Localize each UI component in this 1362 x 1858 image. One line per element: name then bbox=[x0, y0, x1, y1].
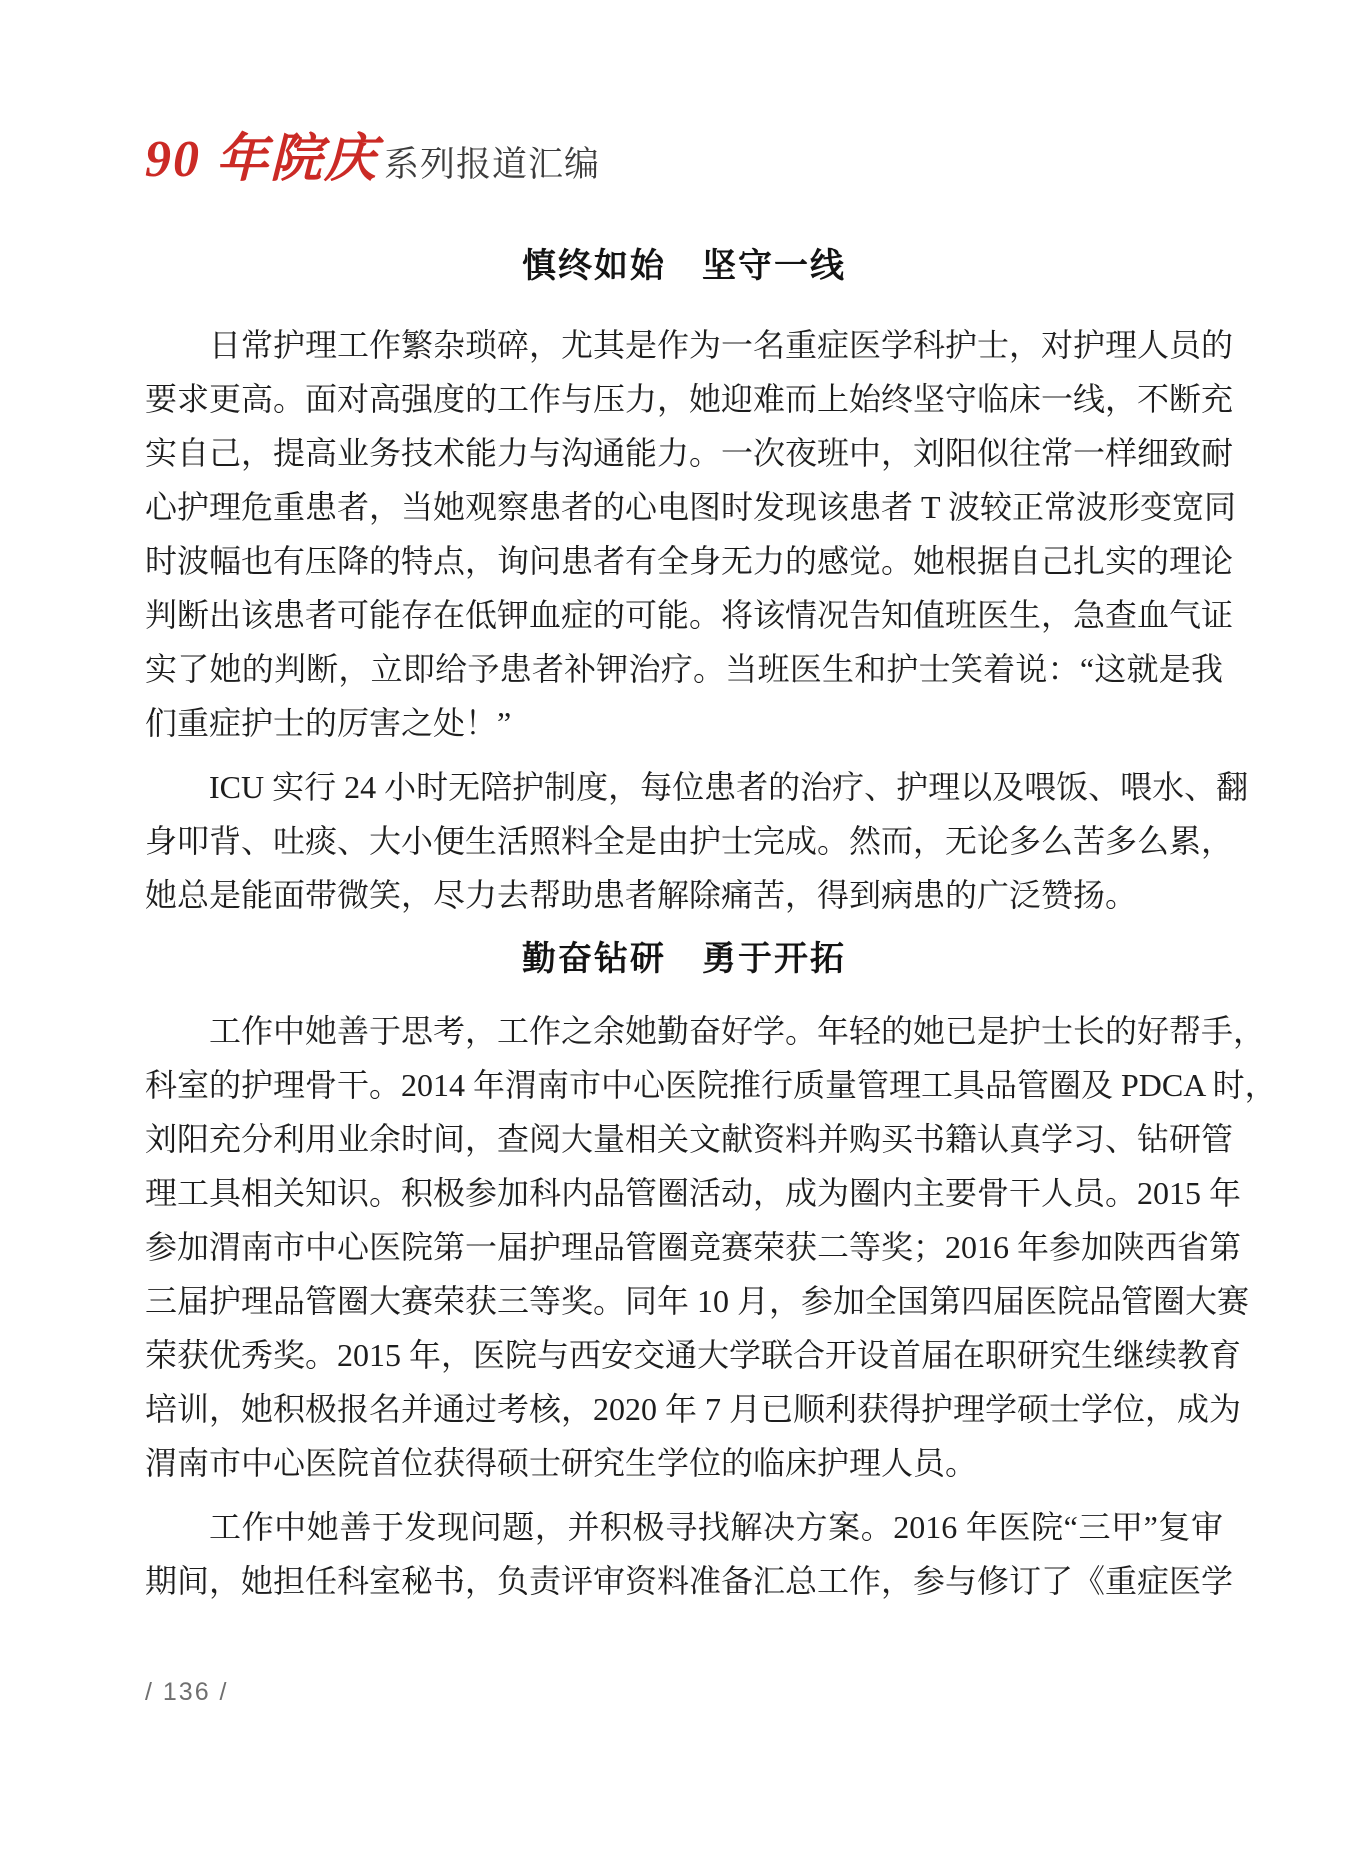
text-line: 参加渭南市中心医院第一届护理品管圈竞赛荣获二等奖；2016 年参加陕西省第 bbox=[145, 1220, 1223, 1274]
paragraph: 日常护理工作繁杂琐碎，尤其是作为一名重症医学科护士，对护理人员的要求更高。面对高… bbox=[145, 318, 1223, 750]
page-number: / 136 / bbox=[145, 1678, 229, 1706]
section-heading: 勤奋钻研 勇于开拓 bbox=[145, 933, 1223, 987]
paragraph: 工作中她善于思考，工作之余她勤奋好学。年轻的她已是护士长的好帮手，科室的护理骨干… bbox=[145, 1004, 1223, 1490]
text-line: 她总是能面带微笑，尽力去帮助患者解除痛苦，得到病患的广泛赞扬。 bbox=[145, 868, 1223, 922]
text-line: 科室的护理骨干。2014 年渭南市中心医院推行质量管理工具品管圈及 PDCA 时… bbox=[145, 1058, 1223, 1112]
text-line: 们重症护士的厉害之处！” bbox=[145, 696, 1223, 750]
text-line: ICU 实行 24 小时无陪护制度，每位患者的治疗、护理以及喂饭、喂水、翻 bbox=[145, 760, 1223, 814]
text-line: 培训，她积极报名并通过考核，2020 年 7 月已顺利获得护理学硕士学位，成为 bbox=[145, 1382, 1223, 1436]
text-line: 判断出该患者可能存在低钾血症的可能。将该情况告知值班医生，急查血气证 bbox=[145, 588, 1223, 642]
brand-anniversary-logo: 90 年院庆 bbox=[145, 130, 378, 190]
text-line: 工作中她善于发现问题，并积极寻找解决方案。2016 年医院“三甲”复审 bbox=[145, 1500, 1223, 1554]
paragraph: ICU 实行 24 小时无陪护制度，每位患者的治疗、护理以及喂饭、喂水、翻身叩背… bbox=[145, 760, 1223, 922]
text-line: 日常护理工作繁杂琐碎，尤其是作为一名重症医学科护士，对护理人员的 bbox=[145, 318, 1223, 372]
page-header: 90 年院庆 系列报道汇编 bbox=[145, 130, 600, 190]
brand-series-title: 系列报道汇编 bbox=[384, 137, 600, 187]
document-body: 慎终如始 坚守一线日常护理工作繁杂琐碎，尤其是作为一名重症医学科护士，对护理人员… bbox=[145, 240, 1223, 1608]
text-line: 身叩背、吐痰、大小便生活照料全是由护士完成。然而，无论多么苦多么累， bbox=[145, 814, 1223, 868]
text-line: 要求更高。面对高强度的工作与压力，她迎难而上始终坚守临床一线，不断充 bbox=[145, 372, 1223, 426]
text-line: 理工具相关知识。积极参加科内品管圈活动，成为圈内主要骨干人员。2015 年 bbox=[145, 1166, 1223, 1220]
document-page: 90 年院庆 系列报道汇编 慎终如始 坚守一线日常护理工作繁杂琐碎，尤其是作为一… bbox=[0, 0, 1362, 1858]
text-line: 三届护理品管圈大赛荣获三等奖。同年 10 月，参加全国第四届医院品管圈大赛 bbox=[145, 1274, 1223, 1328]
section-heading: 慎终如始 坚守一线 bbox=[145, 240, 1223, 294]
text-line: 实了她的判断，立即给予患者补钾治疗。当班医生和护士笑着说：“这就是我 bbox=[145, 642, 1223, 696]
text-line: 心护理危重患者，当她观察患者的心电图时发现该患者 T 波较正常波形变宽同 bbox=[145, 480, 1223, 534]
page-footer: / 136 / bbox=[145, 1678, 229, 1707]
text-line: 时波幅也有压降的特点，询问患者有全身无力的感觉。她根据自己扎实的理论 bbox=[145, 534, 1223, 588]
text-line: 工作中她善于思考，工作之余她勤奋好学。年轻的她已是护士长的好帮手， bbox=[145, 1004, 1223, 1058]
paragraph: 工作中她善于发现问题，并积极寻找解决方案。2016 年医院“三甲”复审期间，她担… bbox=[145, 1500, 1223, 1608]
text-line: 期间，她担任科室秘书，负责评审资料准备汇总工作，参与修订了《重症医学 bbox=[145, 1554, 1223, 1608]
text-line: 刘阳充分利用业余时间，查阅大量相关文献资料并购买书籍认真学习、钻研管 bbox=[145, 1112, 1223, 1166]
text-line: 荣获优秀奖。2015 年，医院与西安交通大学联合开设首届在职研究生继续教育 bbox=[145, 1328, 1223, 1382]
text-line: 渭南市中心医院首位获得硕士研究生学位的临床护理人员。 bbox=[145, 1436, 1223, 1490]
text-line: 实自己，提高业务技术能力与沟通能力。一次夜班中，刘阳似往常一样细致耐 bbox=[145, 426, 1223, 480]
